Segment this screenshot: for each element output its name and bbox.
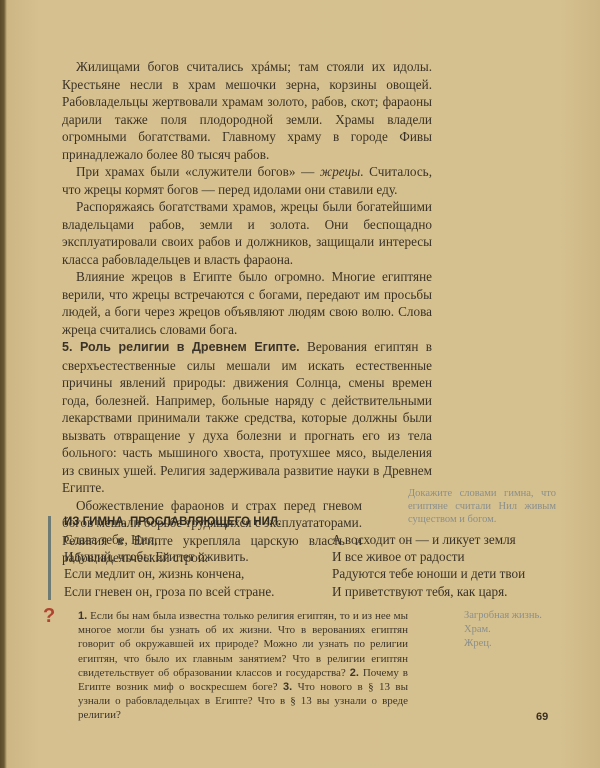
keywords-list: Загробная жизнь. Храм. Жрец. [464,609,564,652]
hymn-line: И приветствуют тебя, как царя. [332,583,582,600]
question-number: 1. [78,610,87,622]
text: Верования египтян в сверхъестественные с… [62,339,432,495]
hymn-line: Идущий, чтобы Египет оживить. [64,548,332,565]
keyword: Загробная жизнь. [464,609,564,623]
hymn-line: А восходит он — и ликует земля [332,531,582,548]
main-text: Жилищами богов считались хрáмы; там стоя… [62,58,432,567]
paragraph-section-5: 5. Роль религии в Древнем Египте. Верова… [62,338,432,497]
hymn-block: ИЗ ГИМНА, ПРОСЛАВЛЯЮЩЕГО НИЛ. Слава тебе… [48,516,584,600]
paragraph-influence: Влияние жрецов в Египте было огромно. Мн… [62,268,432,338]
keyword: Храм. [464,623,564,637]
hymn-line: Если медлит он, жизнь кончена, [64,565,332,582]
keyword: Жрец. [464,637,564,651]
paragraph-wealth: Распоряжаясь богатствами храмов, жрецы б… [62,198,432,268]
emphasis-term: жрецы [320,164,360,179]
hymn-left-column: Слава тебе, Нил, Идущий, чтобы Египет ож… [64,531,332,600]
section-heading: 5. Роль религии в Древнем Египте. [62,340,300,354]
paragraph-temples: Жилищами богов считались хрáмы; там стоя… [62,58,432,163]
paragraph-priests: При храмах были «служители богов» — жрец… [62,163,432,198]
page-number: 69 [536,711,548,723]
hymn-right-column: А восходит он — и ликует земля И все жив… [332,531,582,600]
hymn-line: Если гневен он, гроза по всей стране. [64,583,332,600]
hymn-line: Радуются тебе юноши и дети твои [332,565,582,582]
hymn-title: ИЗ ГИМНА, ПРОСЛАВЛЯЮЩЕГО НИЛ. [64,516,584,528]
question-number: 2. [350,667,359,679]
question-number: 3. [283,681,292,693]
review-questions: 1. Если бы нам была известна только рели… [78,609,408,723]
text: При храмах были «служители богов» — [76,164,320,179]
question-mark-icon: ? [43,605,55,628]
hymn-line: Слава тебе, Нил, [64,531,332,548]
hymn-line: И все живое от радости [332,548,582,565]
